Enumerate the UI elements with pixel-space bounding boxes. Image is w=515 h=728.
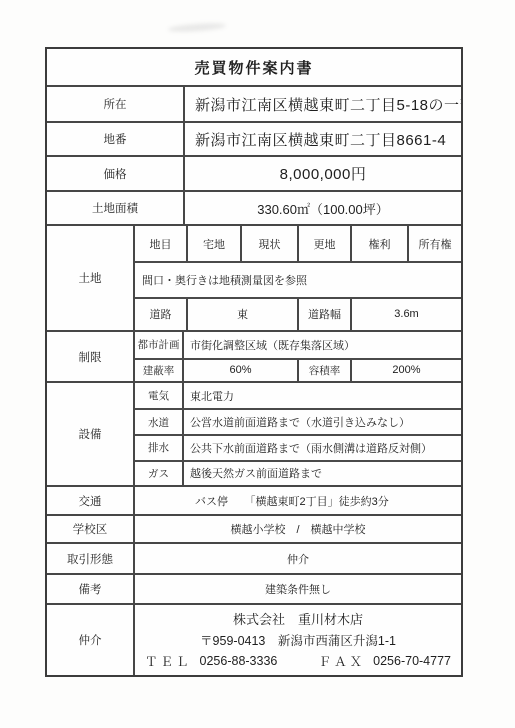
tel-label: ＴＥＬ	[145, 652, 192, 670]
school-district-value: 横越小学校 / 横越中学校	[133, 516, 461, 542]
city-planning-row: 都市計画 市街化調整区域（既存集落区域）	[135, 332, 461, 358]
transaction-type-label: 取引形態	[47, 544, 133, 573]
water-row: 水道 公営水道前面道路まで（水道引き込みなし）	[135, 408, 461, 434]
coverage-ratio-value: 60%	[182, 360, 297, 381]
fax-number: 0256-70-4777	[373, 654, 451, 668]
road-label: 道路	[135, 299, 186, 330]
land-condition-value: 更地	[297, 226, 350, 261]
electricity-row: 電気 東北電力	[135, 383, 461, 408]
land-section-label: 土地	[47, 226, 133, 330]
utilities-section-label: 設備	[47, 383, 133, 485]
section-land: 土地 地目 宅地 現状 更地 権利 所有権 間口・奥行きは地積測量図を参照 道路…	[47, 224, 461, 330]
section-utilities: 設備 電気 東北電力 水道 公営水道前面道路まで（水道引き込みなし） 排水 公共…	[47, 381, 461, 485]
price-value: 8,000,000円	[183, 157, 461, 190]
electricity-value: 東北電力	[182, 383, 461, 408]
row-transport: 交通 バス停 「横越東町2丁目」徒歩約3分	[47, 485, 461, 514]
land-area-label: 土地面積	[47, 192, 183, 224]
land-condition-label: 現状	[240, 226, 297, 261]
broker-tel: ＴＥＬ 0256-88-3336	[145, 652, 277, 670]
price-label: 価格	[47, 157, 183, 190]
section-restrictions: 制限 都市計画 市街化調整区域（既存集落区域） 建蔽率 60% 容積率 200%	[47, 330, 461, 381]
water-label: 水道	[135, 410, 182, 434]
lot-number-label: 地番	[47, 123, 183, 155]
lot-number-value: 新潟市江南区横越東町二丁目8661-4	[183, 123, 461, 155]
property-info-sheet: 売買物件案内書 所在 新潟市江南区横越東町二丁目5-18の一部 地番 新潟市江南…	[45, 47, 463, 677]
land-rights-value: 所有権	[407, 226, 461, 261]
broker-fax: ＦＡＸ 0256-70-4777	[319, 652, 451, 670]
title-row: 売買物件案内書	[47, 49, 461, 85]
road-width-label: 道路幅	[297, 299, 350, 330]
drainage-label: 排水	[135, 436, 182, 460]
drainage-value: 公共下水前面道路まで（雨水側溝は道路反対側）	[182, 436, 461, 460]
restrictions-section-label: 制限	[47, 332, 133, 381]
row-school-district: 学校区 横越小学校 / 横越中学校	[47, 514, 461, 542]
land-rights-label: 権利	[350, 226, 407, 261]
land-note: 間口・奥行きは地積測量図を参照	[135, 263, 461, 296]
location-value: 新潟市江南区横越東町二丁目5-18の一部	[183, 87, 461, 121]
location-label: 所在	[47, 87, 183, 121]
row-remarks: 備考 建築条件無し	[47, 573, 461, 603]
floor-area-ratio-value: 200%	[350, 360, 461, 381]
land-category-value: 宅地	[186, 226, 240, 261]
city-planning-label: 都市計画	[135, 332, 182, 358]
row-price: 価格 8,000,000円	[47, 155, 461, 190]
electricity-label: 電気	[135, 383, 182, 408]
land-road-row: 道路 東 道路幅 3.6m	[135, 297, 461, 330]
transport-value: バス停 「横越東町2丁目」徒歩約3分	[133, 487, 461, 514]
water-value: 公営水道前面道路まで（水道引き込みなし）	[182, 410, 461, 434]
row-broker: 仲介 株式会社 重川材木店 〒959-0413 新潟市西蒲区升潟1-1 ＴＥＬ …	[47, 603, 461, 675]
land-note-row: 間口・奥行きは地積測量図を参照	[135, 261, 461, 296]
road-width-value: 3.6m	[350, 299, 461, 330]
city-planning-value: 市街化調整区域（既存集落区域）	[182, 332, 461, 358]
drainage-row: 排水 公共下水前面道路まで（雨水側溝は道路反対側）	[135, 434, 461, 460]
land-attributes-row: 地目 宅地 現状 更地 権利 所有権	[135, 226, 461, 261]
broker-company: 株式会社 重川材木店	[135, 608, 461, 629]
floor-area-ratio-label: 容積率	[297, 360, 350, 381]
school-district-label: 学校区	[47, 516, 133, 542]
gas-row: ガス 越後天然ガス前面道路まで	[135, 460, 461, 486]
row-lot-number: 地番 新潟市江南区横越東町二丁目8661-4	[47, 121, 461, 155]
row-location: 所在 新潟市江南区横越東町二丁目5-18の一部	[47, 85, 461, 121]
row-land-area: 土地面積 330.60㎡（100.00坪）	[47, 190, 461, 224]
broker-address: 〒959-0413 新潟市西蒲区升潟1-1	[135, 629, 461, 650]
scan-smudge	[168, 22, 226, 33]
fax-label: ＦＡＸ	[319, 652, 366, 670]
transport-label: 交通	[47, 487, 133, 514]
road-direction-value: 東	[186, 299, 297, 330]
row-transaction-type: 取引形態 仲介	[47, 542, 461, 573]
coverage-ratio-label: 建蔽率	[135, 360, 182, 381]
tel-number: 0256-88-3336	[200, 654, 278, 668]
gas-label: ガス	[135, 462, 182, 486]
broker-label: 仲介	[47, 605, 133, 675]
land-category-label: 地目	[135, 226, 186, 261]
broker-telfax-line: ＴＥＬ 0256-88-3336 ＦＡＸ 0256-70-4777	[135, 651, 461, 672]
gas-value: 越後天然ガス前面道路まで	[182, 462, 461, 486]
transaction-type-value: 仲介	[133, 544, 461, 573]
remarks-label: 備考	[47, 575, 133, 603]
document-title: 売買物件案内書	[47, 49, 461, 85]
land-area-value: 330.60㎡（100.00坪）	[183, 192, 461, 224]
remarks-value: 建築条件無し	[133, 575, 461, 603]
coverage-ratio-row: 建蔽率 60% 容積率 200%	[135, 358, 461, 381]
